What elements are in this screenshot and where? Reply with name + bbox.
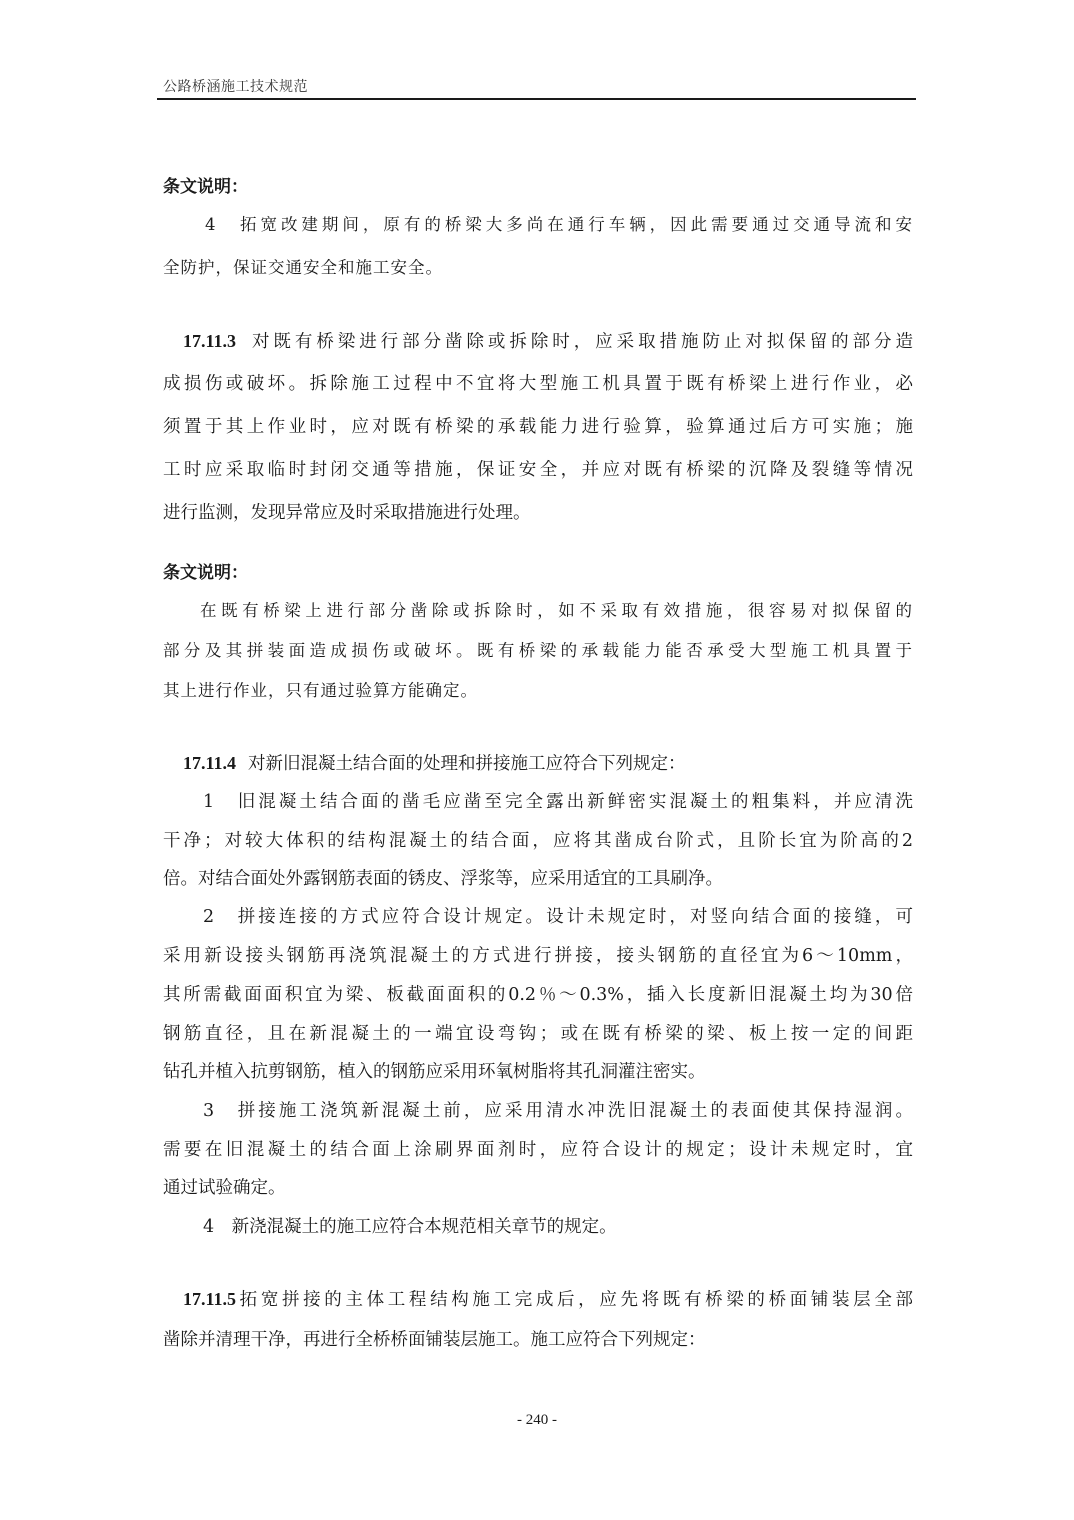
note-line: 其上进行作业，只有通过验算方能确定。 xyxy=(163,680,913,702)
note-line: 全防护，保证交通安全和施工安全。 xyxy=(163,257,913,279)
clause-number: 17.11.5 xyxy=(183,1289,236,1309)
clause-17-11-5: 17.11.5拓宽拼接的主体工程结构施工完成后，应先将既有桥梁的桥面铺装层全部 xyxy=(183,1288,913,1311)
note-line: 在既有桥梁上进行部分凿除或拆除时，如不采取有效措施，很容易对拟保留的 xyxy=(200,600,913,622)
item-line: 3 拼接施工浇筑新混凝土前，应采用清水冲洗旧混凝土的表面使其保持湿润。 xyxy=(203,1100,913,1122)
item-line: 干净；对较大体积的结构混凝土的结合面，应将其凿成台阶式，且阶长宜为阶高的2 xyxy=(163,830,913,852)
header-rule xyxy=(157,98,916,100)
clause-text: 对既有桥梁进行部分凿除或拆除时，应采取措施防止对拟保留的部分造 xyxy=(248,332,913,352)
note-heading: 条文说明： xyxy=(163,562,913,584)
item-line: 4 新浇混凝土的施工应符合本规范相关章节的规定。 xyxy=(203,1216,953,1238)
clause-number: 17.11.4 xyxy=(183,753,236,773)
item-line: 倍。对结合面处外露钢筋表面的锈皮、浮浆等，应采用适宜的工具刷净。 xyxy=(163,868,913,890)
page-number: - 240 - xyxy=(0,1412,1074,1429)
item-line: 钻孔并植入抗剪钢筋，植入的钢筋应采用环氧树脂将其孔洞灌注密实。 xyxy=(163,1061,913,1083)
clause-line: 须置于其上作业时，应对既有桥梁的承载能力进行验算，验算通过后方可实施；施 xyxy=(163,416,913,438)
clause-line: 工时应采取临时封闭交通等措施，保证安全，并应对既有桥梁的沉降及裂缝等情况 xyxy=(163,459,913,481)
item-line: 其所需截面面积宜为梁、板截面面积的0.2％～0.3%，插入长度新旧混凝土均为30… xyxy=(163,984,913,1006)
clause-number: 17.11.3 xyxy=(183,331,236,351)
clause-line: 凿除并清理干净，再进行全桥桥面铺装层施工。施工应符合下列规定： xyxy=(163,1329,913,1351)
clause-17-11-4: 17.11.4对新旧混凝土结合面的处理和拼接施工应符合下列规定： xyxy=(183,752,913,775)
clause-line: 进行监测，发现异常应及时采取措施进行处理。 xyxy=(163,502,913,524)
item-line: 通过试验确定。 xyxy=(163,1177,913,1199)
note-line: 4 拓宽改建期间，原有的桥梁大多尚在通行车辆，因此需要通过交通导流和安 xyxy=(205,214,913,236)
item-line: 需要在旧混凝土的结合面上涂刷界面剂时，应符合设计的规定；设计未规定时，宜 xyxy=(163,1139,913,1161)
clause-text: 拓宽拼接的主体工程结构施工完成后，应先将既有桥梁的桥面铺装层全部 xyxy=(236,1290,913,1310)
item-line: 钢筋直径，且在新混凝土的一端宜设弯钩；或在既有桥梁的梁、板上按一定的间距 xyxy=(163,1023,913,1045)
clause-line: 成损伤或破坏。拆除施工过程中不宜将大型施工机具置于既有桥梁上进行作业，必 xyxy=(163,373,913,395)
item-line: 1 旧混凝土结合面的凿毛应凿至完全露出新鲜密实混凝土的粗集料，并应清洗 xyxy=(203,791,913,813)
note-line: 部分及其拼装面造成损伤或破坏。既有桥梁的承载能力能否承受大型施工机具置于 xyxy=(163,640,913,662)
note-heading: 条文说明： xyxy=(163,176,913,198)
item-line: 采用新设接头钢筋再浇筑混凝土的方式进行拼接，接头钢筋的直径宜为6～10mm， xyxy=(163,945,913,967)
clause-text: 对新旧混凝土结合面的处理和拼接施工应符合下列规定： xyxy=(248,754,686,774)
item-line: 2 拼接连接的方式应符合设计规定。设计未规定时，对竖向结合面的接缝，可 xyxy=(203,906,913,928)
clause-17-11-3: 17.11.3对既有桥梁进行部分凿除或拆除时，应采取措施防止对拟保留的部分造 xyxy=(183,330,913,353)
page-header-title: 公路桥涵施工技术规范 xyxy=(163,76,308,96)
